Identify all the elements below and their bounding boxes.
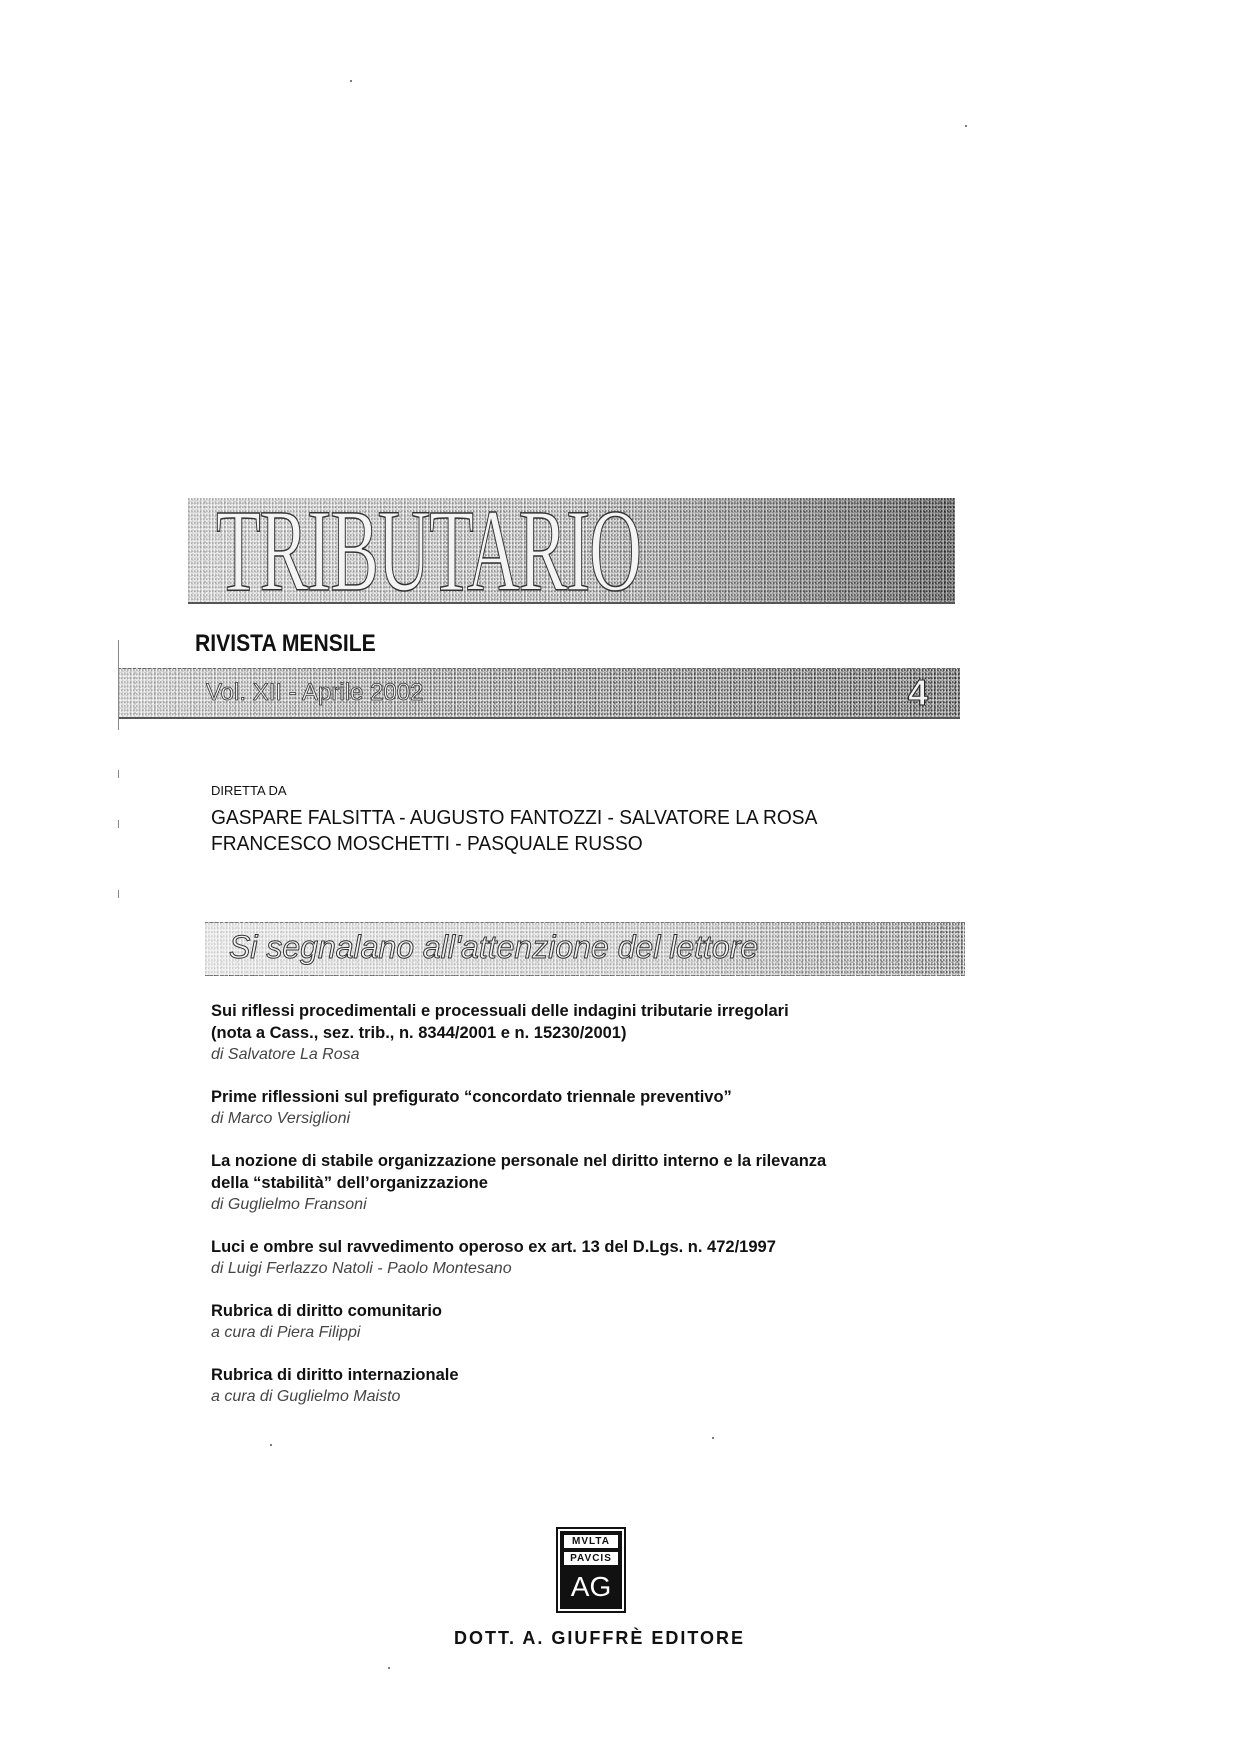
article-author: di Marco Versiglioni — [211, 1108, 931, 1130]
journal-subtitle: RIVISTA MENSILE — [195, 630, 376, 658]
logo-initials: AG — [560, 1569, 622, 1605]
scan-speck — [388, 1667, 390, 1669]
article-list: Sui riflessi procedimentali e processual… — [211, 1000, 931, 1428]
scan-margin-mark — [118, 890, 119, 898]
article-title: Rubrica di diritto internazionale — [211, 1364, 931, 1386]
article-author: di Luigi Ferlazzo Natoli - Paolo Montesa… — [211, 1258, 931, 1280]
scan-margin-mark — [118, 820, 119, 828]
issue-number: 4 — [908, 672, 928, 714]
issue-band: Vol. XII - Aprile 2002 4 — [118, 668, 960, 719]
logo-body: MVLTA PAVCIS AG — [560, 1531, 622, 1609]
article-author: di Guglielmo Fransoni — [211, 1194, 931, 1216]
publisher-name: DOTT. A. GIUFFRÈ EDITORE — [454, 1628, 745, 1649]
article-entry: Rubrica di diritto internazionalea cura … — [211, 1364, 931, 1408]
article-title: della “stabilità” dell’organizzazione — [211, 1172, 931, 1194]
journal-title: TRIBUTARIO — [216, 498, 641, 604]
article-title: Rubrica di diritto comunitario — [211, 1300, 931, 1322]
article-entry: Sui riflessi procedimentali e processual… — [211, 1000, 931, 1066]
logo-motto: PAVCIS — [564, 1552, 618, 1565]
article-entry: Luci e ombre sul ravvedimento operoso ex… — [211, 1236, 931, 1280]
article-entry: Prime riflessioni sul prefigurato “conco… — [211, 1086, 931, 1130]
masthead-banner: TRIBUTARIO — [188, 498, 955, 604]
scan-margin-mark — [118, 770, 119, 778]
article-author: di Salvatore La Rosa — [211, 1044, 931, 1066]
article-title: Sui riflessi procedimentali e processual… — [211, 1000, 931, 1022]
article-author: a cura di Piera Filippi — [211, 1322, 931, 1344]
scan-speck — [270, 1444, 272, 1446]
scan-speck — [350, 80, 352, 82]
volume-date: Vol. XII - Aprile 2002 — [206, 679, 423, 707]
article-title: (nota a Cass., sez. trib., n. 8344/2001 … — [211, 1022, 931, 1044]
scan-margin-mark — [118, 640, 119, 730]
publisher-logo: MVLTA PAVCIS AG — [556, 1527, 626, 1613]
notice-band: Si segnalano all'attenzione del lettore — [205, 922, 965, 976]
article-entry: La nozione di stabile organizzazione per… — [211, 1150, 931, 1216]
scan-speck — [965, 125, 967, 127]
article-entry: Rubrica di diritto comunitarioa cura di … — [211, 1300, 931, 1344]
notice-heading: Si segnalano all'attenzione del lettore — [229, 929, 758, 966]
article-author: a cura di Guglielmo Maisto — [211, 1386, 931, 1408]
editors-line: GASPARE FALSITTA - AUGUSTO FANTOZZI - SA… — [211, 807, 817, 830]
logo-motto: MVLTA — [564, 1535, 618, 1548]
article-title: Luci e ombre sul ravvedimento operoso ex… — [211, 1236, 931, 1258]
article-title: Prime riflessioni sul prefigurato “conco… — [211, 1086, 931, 1108]
directed-by-label: DIRETTA DA — [211, 783, 287, 798]
scan-speck — [712, 1437, 714, 1439]
article-title: La nozione di stabile organizzazione per… — [211, 1150, 931, 1172]
editors-line: FRANCESCO MOSCHETTI - PASQUALE RUSSO — [211, 833, 643, 856]
